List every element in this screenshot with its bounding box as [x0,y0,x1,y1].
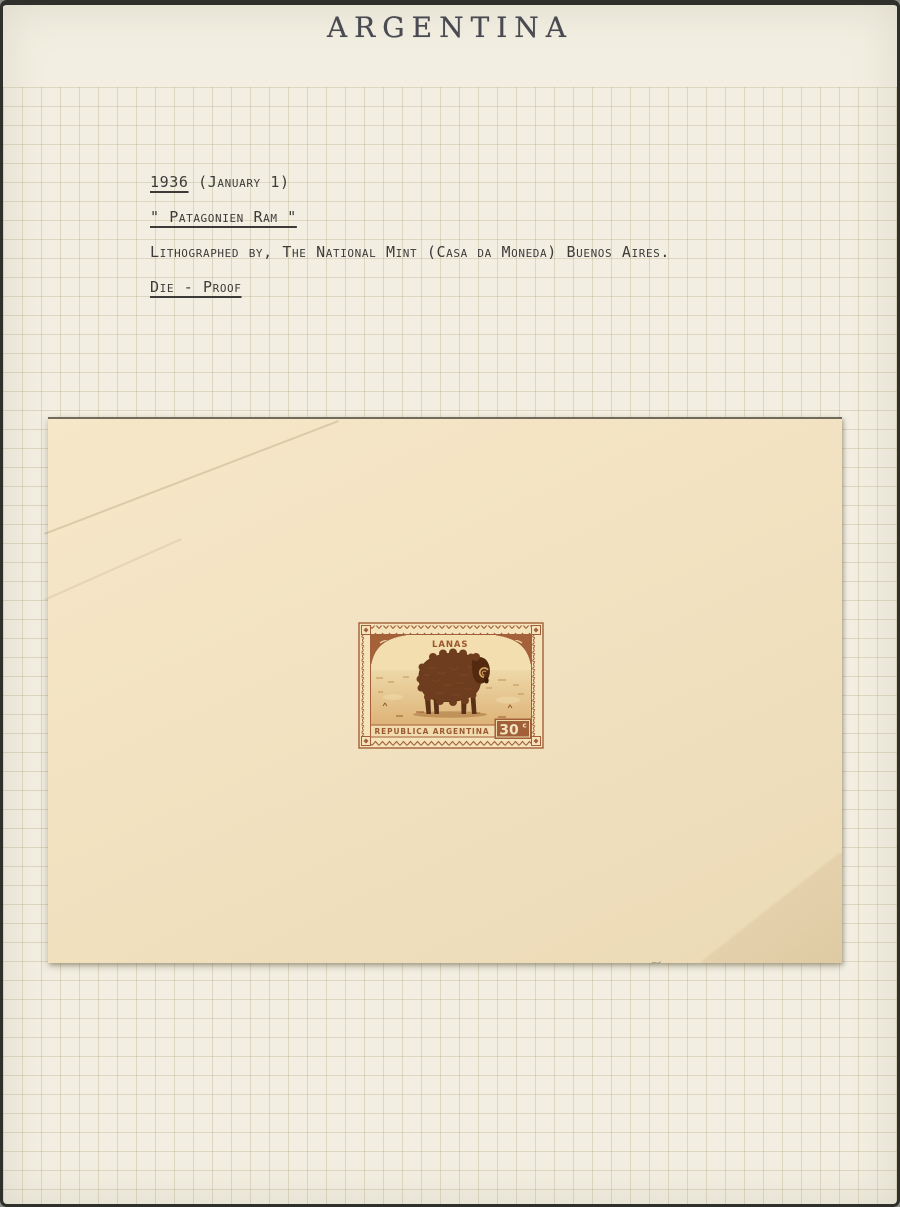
card-crease-top-left-2 [44,538,182,600]
annotation-line-printer: Lithographed by, The National Mint (Casa… [150,241,670,263]
card-crease-top-left [44,420,339,534]
pencil-mark: ~ [648,952,663,972]
page-title: ARGENTINA [3,11,897,44]
stamp-denomination-value: 30 [499,723,519,739]
stamp-vignette: LANAS [371,635,531,725]
annotation-line-title: " Patagonien Ram " [150,206,670,228]
annotation-block: 1936 (January 1) " Patagonien Ram " Lith… [150,171,670,311]
stamp-border-right [532,635,541,737]
annotation-line-year: 1936 (January 1) [150,171,670,193]
annotation-line-type: Die - Proof [150,276,670,298]
die-proof-card: LANAS REPUBLICA ARGENTINA 30 c [48,417,842,963]
stamp-artwork: LANAS REPUBLICA ARGENTINA 30 c [358,622,544,749]
stamp-denomination-box: 30 c [495,719,532,740]
stamp-top-label: LANAS [432,640,470,650]
album-page: ARGENTINA 1936 (January 1) " Patagonien … [0,0,900,1207]
die-proof-stamp: LANAS REPUBLICA ARGENTINA 30 c [358,622,544,749]
annotation-year: 1936 [150,173,189,191]
stamp-border-top [371,626,532,635]
stamp-denomination-unit: c [523,722,527,730]
card-fold-bottom-right [702,853,842,963]
annotation-year-rest: (January 1) [189,173,290,191]
stamp-border-left [362,635,371,737]
stamp-country-label: REPUBLICA ARGENTINA [375,727,490,736]
